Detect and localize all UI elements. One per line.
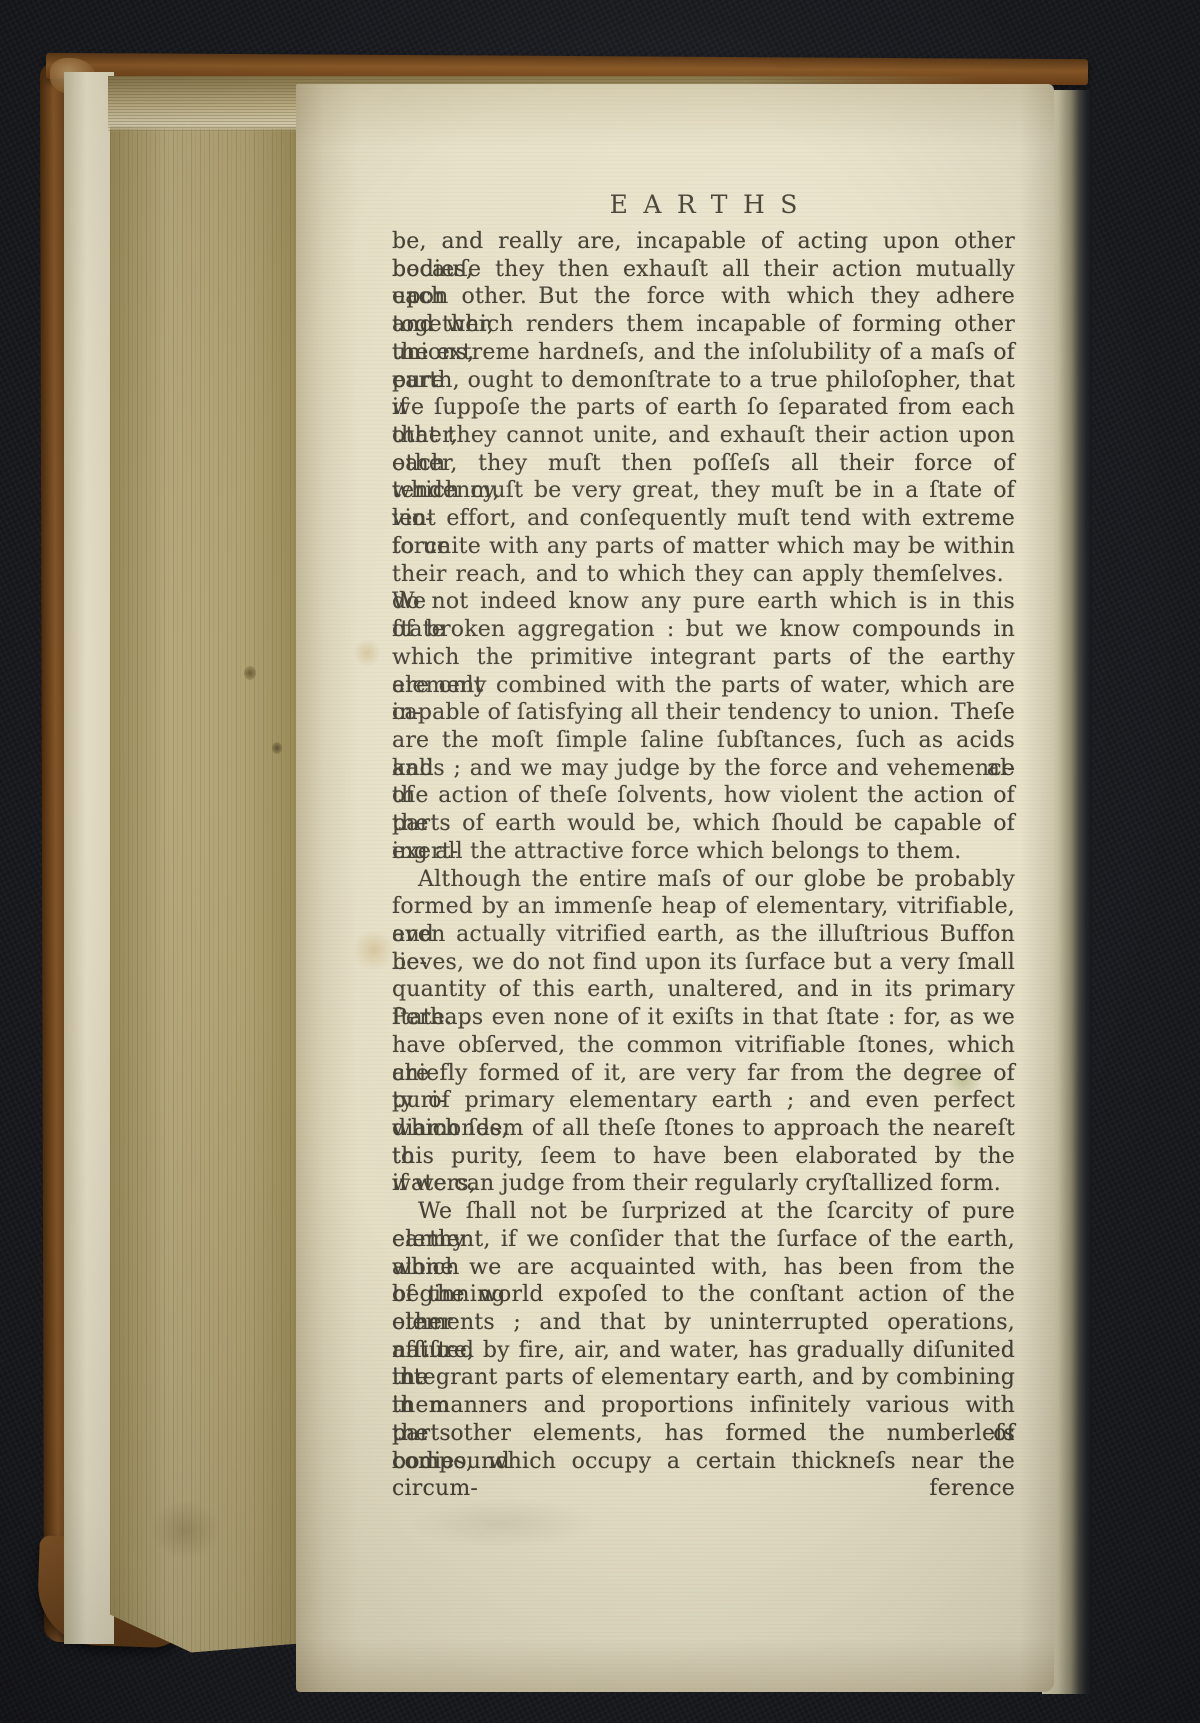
text-line: which muſt be very great, they muſt be i… — [392, 477, 1015, 505]
text-line: parts of earth would be, which ſhould be… — [392, 810, 1015, 838]
text-line: formed by an immenſe heap of elementary,… — [392, 893, 1015, 921]
fore-edge-page-stack — [110, 76, 304, 1654]
text-line: their reach, and to which they can apply… — [392, 561, 1015, 589]
text-line: the extreme hardneſs, and the inſolubili… — [392, 339, 1015, 367]
text-line: that they cannot unite, and exhauſt thei… — [392, 422, 1015, 450]
text-line: are only combined with the parts of wate… — [392, 672, 1015, 700]
text-line: We ſhall not be ſurprized at the ſcarcit… — [392, 1198, 1015, 1226]
text-line: ing all the attractive force which belon… — [392, 838, 1015, 866]
text-line: have obſerved, the common vitrifiable ſt… — [392, 1032, 1015, 1060]
text-line: in manners and proportions infinitely va… — [392, 1392, 1015, 1420]
text-line: be, and really are, incapable of acting … — [392, 228, 1015, 256]
text-line: the action of theſe ſolvents, how violen… — [392, 782, 1015, 810]
stain-spot — [272, 742, 282, 754]
endpaper-edge — [64, 72, 114, 1644]
text-line: of broken aggregation : but we know comp… — [392, 616, 1015, 644]
text-line: lent effort, and conſequently muſt tend … — [392, 505, 1015, 533]
text-line: aſſiſted by fire, air, and water, has gr… — [392, 1337, 1015, 1365]
stain-spot — [352, 640, 382, 666]
text-line: the other elements, has formed the numbe… — [392, 1420, 1015, 1448]
text-line: Although the entire maſs of our globe be… — [392, 866, 1015, 894]
text-line: do not indeed know any pure earth which … — [392, 588, 1015, 616]
text-line: this purity, ſeem to have been elaborate… — [392, 1143, 1015, 1171]
text-line: earth, ought to demonſtrate to a true ph… — [392, 367, 1015, 395]
text-line: to unite with any parts of matter which … — [392, 533, 1015, 561]
text-line: of the world expoſed to the conſtant act… — [392, 1281, 1015, 1309]
page-header-title: EARTHS — [392, 190, 1015, 219]
ink-ghost-smudge — [408, 1498, 598, 1548]
text-line: which the primitive integrant parts of t… — [392, 644, 1015, 672]
text-line: lieves, we do not find upon its ſurface … — [392, 949, 1015, 977]
text-line: and which renders them incapable of form… — [392, 311, 1015, 339]
text-block: be, and really are, incapable of acting … — [392, 228, 1015, 1503]
text-line: are the moſt ſimple ſaline ſubſtances, ſ… — [392, 727, 1015, 755]
text-line: quantity of this earth, unaltered, and i… — [392, 976, 1015, 1004]
text-line: becauſe they then exhauſt all their acti… — [392, 256, 1015, 284]
text-line: each other. But the force with which the… — [392, 283, 1015, 311]
text-line: capable of ſatisfying all their tendency… — [392, 699, 1015, 727]
text-line: integrant parts of elementary earth, and… — [392, 1364, 1015, 1392]
text-line: kalis ; and we may judge by the force an… — [392, 755, 1015, 783]
text-line: Perhaps even none of it exiſts in that ſ… — [392, 1004, 1015, 1032]
text-line: even actually vitrified earth, as the il… — [392, 921, 1015, 949]
stain-spot — [150, 1500, 220, 1560]
text-line: element, if we conſider that the ſurface… — [392, 1226, 1015, 1254]
text-line: other, they muſt then poſſeſs all their … — [392, 450, 1015, 478]
stain-spot — [352, 930, 396, 970]
text-line: alone we are acquainted with, has been f… — [392, 1254, 1015, 1282]
text-line: chiefly formed of it, are very far from … — [392, 1060, 1015, 1088]
text-line: which ſeem of all theſe ſtones to approa… — [392, 1115, 1015, 1143]
book-photo: EARTHS be, and really are, incapable of … — [0, 0, 1200, 1723]
text-line: elements ; and that by uninterrupted ope… — [392, 1309, 1015, 1337]
text-line: ty of primary elementary earth ; and eve… — [392, 1087, 1015, 1115]
text-line: bodies, which occupy a certain thickneſs… — [392, 1448, 1015, 1476]
text-line: we ſuppoſe the parts of earth ſo ſeparat… — [392, 394, 1015, 422]
text-line: if we can judge from their regularly cry… — [392, 1170, 1015, 1198]
catchword: ference — [392, 1475, 1015, 1503]
stain-spot — [244, 666, 256, 680]
